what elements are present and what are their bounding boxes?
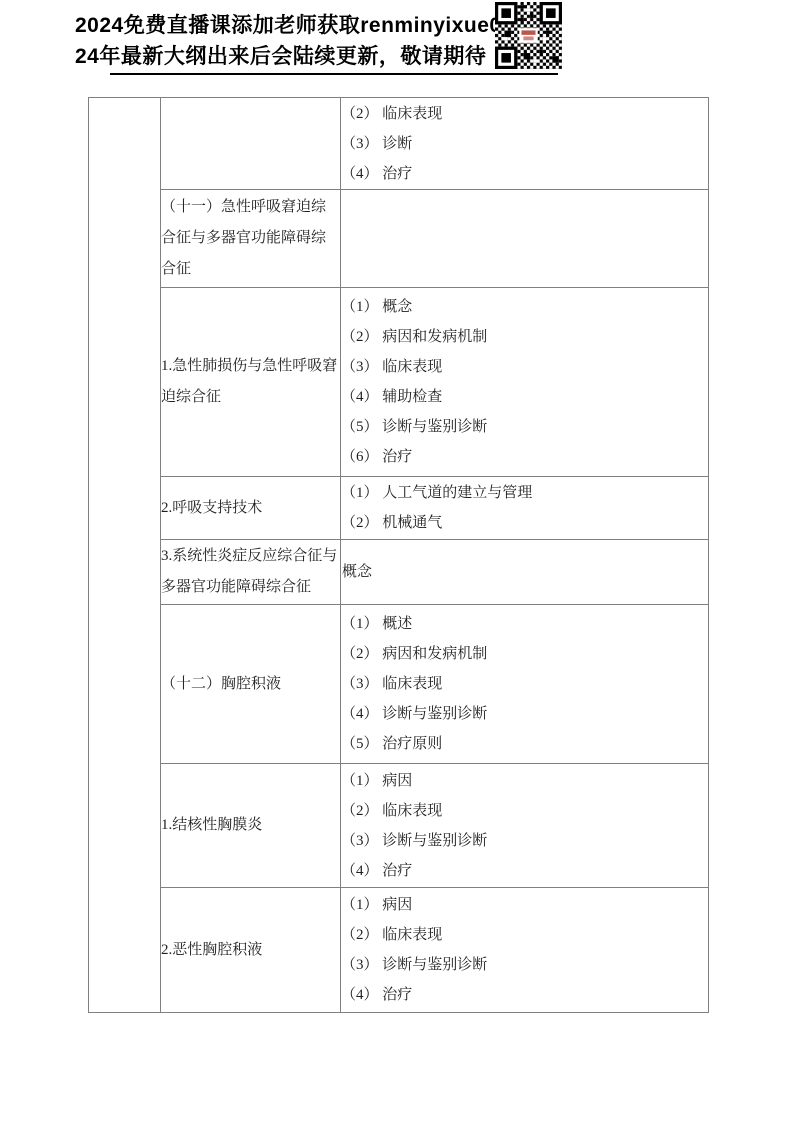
topic-text: 1.急性肺损伤与急性呼吸窘迫综合征 [161, 351, 340, 413]
promo-line-2: 24年最新大纲出来后会陆续更新，敬请期待 [75, 41, 545, 72]
table-row: 1.急性肺损伤与急性呼吸窘迫综合征 （1） 概念 （2） 病因和发病机制 （3）… [89, 288, 709, 477]
promo-header: 2024免费直播课添加老师获取renminyixue001 24年最新大纲出来后… [75, 10, 545, 72]
table-row: （十二）胸腔积液 （1） 概述 （2） 病因和发病机制 （3） 临床表现 （4）… [89, 605, 709, 764]
topic-cell: （十一）急性呼吸窘迫综合征与多器官功能障碍综合征 [161, 190, 341, 288]
qr-finder-bottom-left [495, 47, 517, 69]
topic-text: （十二）胸腔积液 [161, 669, 340, 700]
qr-finder-top-left [495, 2, 517, 24]
detail-item: （1） 人工气道的建立与管理 [341, 478, 708, 508]
topic-cell: 2.呼吸支持技术 [161, 477, 341, 540]
syllabus-table: （2） 临床表现 （3） 诊断 （4） 治疗 （十一）急性呼吸窘迫综合征与多器官… [88, 97, 709, 1013]
header-divider [110, 73, 558, 75]
details-cell: （1） 病因 （2） 临床表现 （3） 诊断与鉴别诊断 （4） 治疗 [341, 764, 709, 888]
detail-item: 概念 [342, 557, 708, 587]
qr-center-logo [519, 28, 538, 43]
detail-item: （1） 概念 [341, 292, 708, 322]
topic-cell: 1.急性肺损伤与急性呼吸窘迫综合征 [161, 288, 341, 477]
table-row: （十一）急性呼吸窘迫综合征与多器官功能障碍综合征 [89, 190, 709, 288]
detail-item: （4） 治疗 [341, 856, 708, 886]
detail-item: （3） 诊断与鉴别诊断 [341, 826, 708, 856]
detail-item: （3） 临床表现 [341, 352, 708, 382]
table-row: 2.呼吸支持技术 （1） 人工气道的建立与管理 （2） 机械通气 [89, 477, 709, 540]
table-row: （2） 临床表现 （3） 诊断 （4） 治疗 [89, 98, 709, 190]
table-row: 1.结核性胸膜炎 （1） 病因 （2） 临床表现 （3） 诊断与鉴别诊断 （4）… [89, 764, 709, 888]
detail-item: （4） 治疗 [341, 980, 708, 1010]
detail-item: （2） 临床表现 [341, 920, 708, 950]
detail-item: （1） 病因 [341, 890, 708, 920]
qr-finder-top-right [540, 2, 562, 24]
details-cell: （1） 人工气道的建立与管理 （2） 机械通气 [341, 477, 709, 540]
detail-item: （1） 病因 [341, 766, 708, 796]
detail-item: （3） 诊断 [341, 129, 708, 159]
topic-cell [161, 98, 341, 190]
detail-item: （3） 诊断与鉴别诊断 [341, 950, 708, 980]
topic-cell: 1.结核性胸膜炎 [161, 764, 341, 888]
detail-item: （6） 治疗 [341, 442, 708, 472]
detail-item: （4） 诊断与鉴别诊断 [341, 699, 708, 729]
detail-item: （4） 辅助检查 [341, 382, 708, 412]
details-cell: 概念 [341, 540, 709, 605]
details-cell: （1） 概念 （2） 病因和发病机制 （3） 临床表现 （4） 辅助检查 （5）… [341, 288, 709, 477]
detail-item: （2） 病因和发病机制 [341, 639, 708, 669]
topic-text: （十一）急性呼吸窘迫综合征与多器官功能障碍综合征 [161, 192, 340, 285]
details-cell: （1） 概述 （2） 病因和发病机制 （3） 临床表现 （4） 诊断与鉴别诊断 … [341, 605, 709, 764]
topic-cell: 3.系统性炎症反应综合征与多器官功能障碍综合征 [161, 540, 341, 605]
detail-item: （2） 机械通气 [341, 508, 708, 538]
table-row: 2.恶性胸腔积液 （1） 病因 （2） 临床表现 （3） 诊断与鉴别诊断 （4）… [89, 888, 709, 1013]
topic-text: 2.呼吸支持技术 [161, 493, 340, 524]
left-spacer-cell [89, 98, 161, 1013]
details-cell: （2） 临床表现 （3） 诊断 （4） 治疗 [341, 98, 709, 190]
table-row: 3.系统性炎症反应综合征与多器官功能障碍综合征 概念 [89, 540, 709, 605]
detail-item: （4） 治疗 [341, 159, 708, 189]
detail-item: （2） 临床表现 [341, 796, 708, 826]
topic-cell: 2.恶性胸腔积液 [161, 888, 341, 1013]
details-cell [341, 190, 709, 288]
details-cell: （1） 病因 （2） 临床表现 （3） 诊断与鉴别诊断 （4） 治疗 [341, 888, 709, 1013]
qr-code [495, 2, 562, 69]
detail-item: （1） 概述 [341, 609, 708, 639]
topic-text: 2.恶性胸腔积液 [161, 935, 340, 966]
detail-item: （5） 治疗原则 [341, 729, 708, 759]
topic-text: 1.结核性胸膜炎 [161, 810, 340, 841]
detail-item: （2） 临床表现 [341, 99, 708, 129]
topic-text: 3.系统性炎症反应综合征与多器官功能障碍综合征 [161, 541, 340, 603]
promo-line-1: 2024免费直播课添加老师获取renminyixue001 [75, 10, 545, 41]
topic-cell: （十二）胸腔积液 [161, 605, 341, 764]
detail-item: （3） 临床表现 [341, 669, 708, 699]
detail-item: （5） 诊断与鉴别诊断 [341, 412, 708, 442]
detail-item: （2） 病因和发病机制 [341, 322, 708, 352]
